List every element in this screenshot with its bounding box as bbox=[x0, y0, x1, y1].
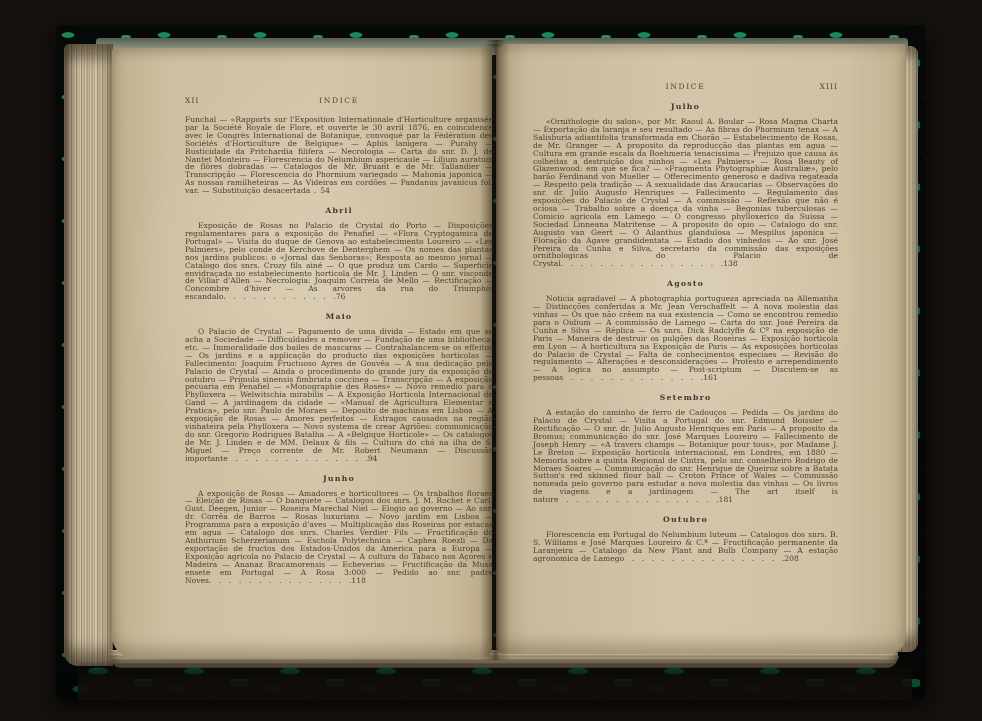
page-edges-left bbox=[64, 44, 113, 666]
leader-dots: . . . . . . . . . . . . . . bbox=[228, 454, 368, 463]
section-page-number: 138 bbox=[723, 259, 738, 268]
section-page-number: 118 bbox=[351, 576, 366, 585]
book-photo: XII INDICE Funchal — «Rapports sur l'Exp… bbox=[0, 0, 982, 721]
section-text: Noticia agradavel — A photographia portu… bbox=[533, 294, 838, 382]
section-text: «Ornithologie du salon», por Mr. Raoul A… bbox=[533, 117, 838, 268]
section-paragraph-maio: O Palacio de Crystal — Pagamento de uma … bbox=[185, 328, 493, 462]
right-running-head: INDICE XIII bbox=[533, 82, 838, 91]
section-paragraph-outubro: Florescencia em Portugal do Nelumbium lu… bbox=[533, 531, 838, 563]
left-page-number: XII bbox=[185, 96, 221, 105]
section-paragraph-junho: A exposição de Rosas — Amadores e hortic… bbox=[185, 490, 493, 585]
left-page-content: XII INDICE Funchal — «Rapports sur l'Exp… bbox=[185, 96, 493, 584]
right-page-number: XIII bbox=[802, 82, 838, 91]
section-page-number: 76 bbox=[336, 292, 346, 301]
leader-dots: . . . . . . . . . . . . . . . . bbox=[563, 259, 723, 268]
leader-dots: . bbox=[310, 186, 320, 195]
section-page-number: 161 bbox=[703, 373, 718, 382]
book-bottom-shadow bbox=[78, 660, 912, 700]
leader-dots: . . . . . . . . . . . bbox=[226, 292, 336, 301]
section-heading-outubro: Outubro bbox=[533, 515, 838, 524]
section-page-number: 208 bbox=[784, 554, 799, 563]
leader-dots: . . . . . . . . . . . . . . . . bbox=[558, 495, 718, 504]
section-heading-agosto: Agosto bbox=[533, 279, 838, 288]
left-page: XII INDICE Funchal — «Rapports sur l'Exp… bbox=[112, 48, 492, 658]
section-heading-julho: Julho bbox=[533, 102, 838, 111]
section-heading-maio: Maio bbox=[185, 312, 493, 321]
leader-dots: . . . . . . . . . . . . . . bbox=[563, 373, 703, 382]
section-text: A exposição de Rosas — Amadores e hortic… bbox=[185, 489, 493, 585]
section-heading-setembro: Setembro bbox=[533, 393, 838, 402]
left-running-head: XII INDICE bbox=[185, 96, 493, 105]
section-paragraph-agosto: Noticia agradavel — A photographia portu… bbox=[533, 295, 838, 382]
leader-dots: . . . . . . . . . . . . . . . . bbox=[624, 554, 784, 563]
right-page: INDICE XIII Julho «Ornithologie du salon… bbox=[496, 44, 906, 654]
section-text: A estação do caminho de ferro de Cadouço… bbox=[533, 408, 838, 504]
section-page-number: 181 bbox=[719, 495, 734, 504]
section-heading-abril: Abril bbox=[185, 206, 493, 215]
right-page-content: INDICE XIII Julho «Ornithologie du salon… bbox=[533, 82, 838, 563]
toc-intro-text: Funchal — «Rapports sur l'Exposition Int… bbox=[185, 115, 493, 195]
section-text: O Palacio de Crystal — Pagamento de uma … bbox=[185, 327, 493, 463]
right-running-title: INDICE bbox=[569, 82, 802, 91]
gutter-top-notch bbox=[482, 40, 510, 56]
section-paragraph-abril: Exposição de Rosas no Palacio de Crystal… bbox=[185, 222, 493, 301]
section-paragraph-setembro: A estação do caminho de ferro de Cadouço… bbox=[533, 409, 838, 504]
leader-dots: . . . . . . . . . . . . . . bbox=[211, 576, 351, 585]
left-running-title: INDICE bbox=[221, 96, 457, 105]
section-text: Exposição de Rosas no Palacio de Crystal… bbox=[185, 221, 493, 301]
section-page-number: 94 bbox=[368, 454, 378, 463]
section-heading-junho: Junho bbox=[185, 474, 493, 483]
toc-intro-paragraph: Funchal — «Rapports sur l'Exposition Int… bbox=[185, 116, 493, 195]
section-paragraph-julho: «Ornithologie du salon», por Mr. Raoul A… bbox=[533, 118, 838, 268]
toc-intro-page-number: 54 bbox=[320, 186, 330, 195]
